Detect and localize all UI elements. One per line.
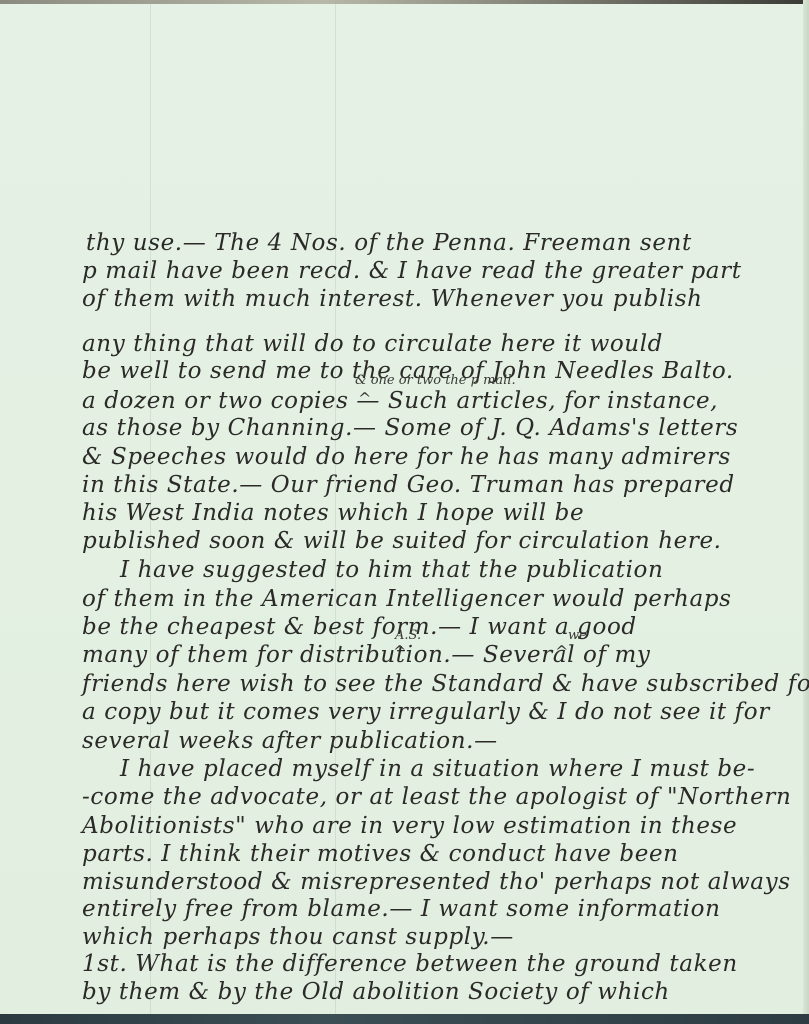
handwritten-line: of them with much interest. Whenever you… bbox=[82, 288, 809, 311]
handwritten-line: in this State.— Our friend Geo. Truman h… bbox=[82, 474, 809, 497]
handwritten-line: published soon & will be suited for circ… bbox=[82, 530, 809, 553]
handwritten-line: & Speeches would do here for he has many… bbox=[82, 446, 809, 469]
handwritten-line: be the cheapest & best form.— I want a g… bbox=[82, 616, 809, 639]
page-top-edge bbox=[0, 0, 809, 4]
handwritten-line: Abolitionists" who are in very low estim… bbox=[82, 815, 809, 838]
handwritten-line: as those by Channing.— Some of J. Q. Ada… bbox=[82, 417, 809, 440]
handwritten-line: misunderstood & misrepresented tho' perh… bbox=[82, 871, 809, 894]
interlinear-insertion: & one or two the p mail. bbox=[355, 374, 516, 387]
manuscript-page: thy use.— The 4 Nos. of the Penna. Freem… bbox=[0, 0, 809, 1024]
handwritten-line: -come the advocate, or at least the apol… bbox=[82, 786, 809, 809]
interlinear-insertion: we bbox=[568, 629, 587, 642]
insertion-caret-mark: ^ bbox=[555, 644, 568, 660]
handwritten-line: several weeks after publication.— bbox=[82, 730, 809, 753]
handwritten-line: thy use.— The 4 Nos. of the Penna. Freem… bbox=[86, 232, 809, 255]
interlinear-insertion: A.S. bbox=[395, 629, 421, 642]
handwritten-line: by them & by the Old abolition Society o… bbox=[82, 981, 809, 1004]
handwritten-line: a copy but it comes very irregularly & I… bbox=[82, 701, 809, 724]
handwritten-line: friends here wish to see the Standard & … bbox=[82, 673, 809, 696]
handwritten-line: his West India notes which I hope will b… bbox=[82, 502, 809, 525]
handwritten-line: of them in the American Intelligencer wo… bbox=[82, 588, 809, 611]
handwritten-line: 1st. What is the difference between the … bbox=[82, 953, 809, 976]
page-bottom-edge bbox=[0, 1014, 809, 1024]
handwritten-line: many of them for distribution.— Several … bbox=[82, 644, 809, 667]
handwritten-line: a dozen or two copies — Such articles, f… bbox=[82, 390, 809, 413]
insertion-caret-mark: ^ bbox=[358, 391, 371, 407]
insertion-caret-mark: ^ bbox=[393, 644, 406, 660]
handwritten-line: p mail have been recd. & I have read the… bbox=[82, 260, 809, 283]
handwritten-line: I have placed myself in a situation wher… bbox=[120, 758, 809, 781]
handwritten-line: entirely free from blame.— I want some i… bbox=[82, 898, 809, 921]
handwritten-line: I have suggested to him that the publica… bbox=[120, 559, 809, 582]
handwritten-line: any thing that will do to circulate here… bbox=[82, 333, 809, 356]
handwritten-line: which perhaps thou canst supply.— bbox=[82, 926, 809, 949]
handwritten-line: parts. I think their motives & conduct h… bbox=[82, 843, 809, 866]
